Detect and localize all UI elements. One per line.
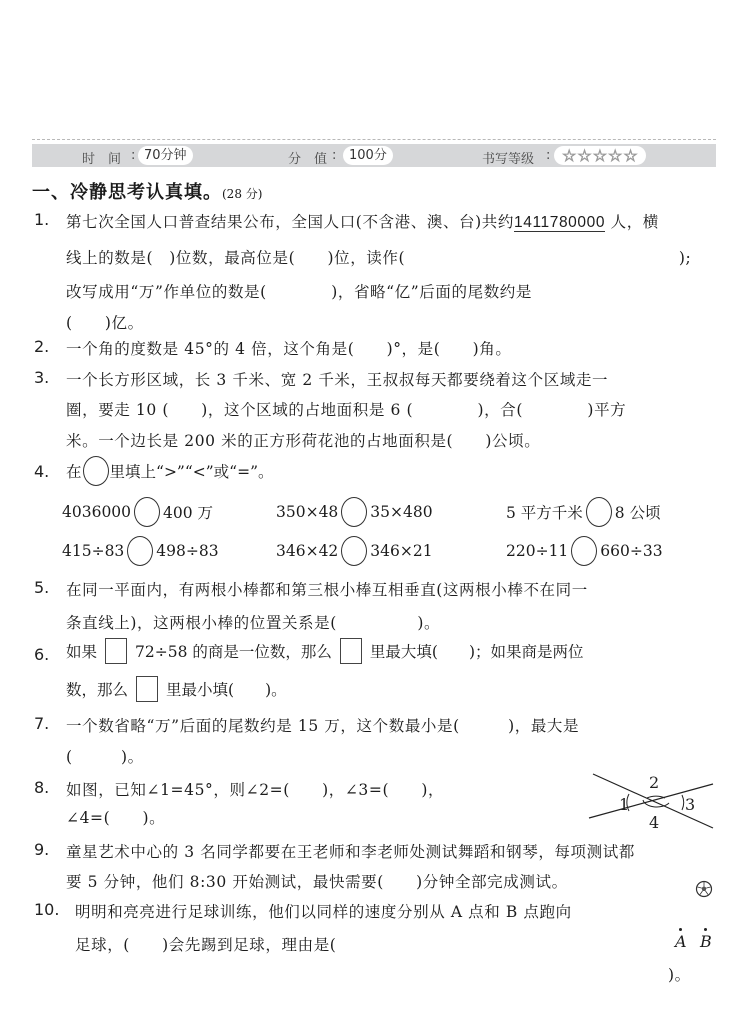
question-number: 10.: [34, 900, 59, 919]
q9-line-2: 要 5 分钟，他们 8:30 开始测试，最快需要( )分钟全部完成测试。: [66, 870, 568, 892]
point-a: A: [675, 932, 687, 951]
q4-text: 里填上“>”“<”或“=”。: [110, 460, 274, 482]
writing-colon: :: [546, 148, 550, 163]
point-b: B: [700, 932, 712, 951]
comparison-right: 660÷33: [600, 542, 662, 560]
q6-text: 如果: [66, 640, 97, 662]
question-number: 4.: [34, 462, 49, 481]
comparison-item: 220÷11660÷33: [506, 536, 663, 566]
question-number: 3.: [34, 368, 49, 387]
star-icon: ☆: [593, 146, 607, 165]
answer-circle[interactable]: [127, 536, 153, 566]
comparison-left: 350×48: [276, 503, 338, 521]
q6-text: 72÷58 的商是一位数，那么: [135, 640, 332, 662]
square-blank[interactable]: [105, 638, 127, 664]
comparison-left: 346×42: [276, 542, 338, 560]
q1-text: 第七次全国人口普查结果公布，全国人口(不含港、澳、台)共约: [66, 213, 514, 231]
q8-line-2: ∠4=( )。: [66, 806, 165, 828]
q1-line-2: 线上的数是( )位数，最高位是( )位，读作( );: [66, 246, 691, 268]
q2-line-1: 一个角的度数是 45°的 4 倍，这个角是( )°，是( )角。: [66, 337, 511, 359]
q3-line-3: 米。一个边长是 200 米的正方形荷花池的占地面积是( )公顷。: [66, 429, 540, 451]
comparison-left: 4036000: [62, 503, 131, 521]
q6-text: 里最大填( )；如果商是两位: [370, 640, 584, 662]
point-a-label: A: [675, 932, 687, 951]
score-value: 100分: [343, 146, 393, 165]
comparison-item: 415÷83498÷83: [62, 536, 219, 566]
comparison-right: 35×480: [370, 503, 432, 521]
q7-line-2: ( )。: [66, 745, 144, 767]
point-b-label: B: [700, 932, 712, 951]
angle-label: 4: [649, 813, 659, 832]
q1-line-4: ( )亿。: [66, 311, 144, 333]
answer-circle[interactable]: [586, 497, 612, 527]
question-number: 2.: [34, 337, 49, 356]
time-colon: :: [131, 148, 135, 163]
question-number: 9.: [34, 840, 49, 859]
comparison-left: 5 平方千米: [506, 501, 583, 523]
star-icon: ☆: [562, 146, 576, 165]
time-value: 70分钟: [138, 146, 193, 165]
q7-line-1: 一个数省略“万”后面的尾数约是 15 万，这个数最小是( )，最大是: [66, 714, 579, 736]
comparison-right: 400 万: [163, 501, 213, 523]
angle-label: 2: [649, 773, 659, 792]
writing-grade-stars: ☆ ☆ ☆ ☆ ☆: [554, 146, 646, 165]
comparison-left: 220÷11: [506, 542, 568, 560]
comparison-right: 8 公顷: [615, 501, 661, 523]
q4-text: 在: [66, 460, 82, 482]
comparison-right: 498÷83: [156, 542, 218, 560]
answer-circle[interactable]: [571, 536, 597, 566]
q4-instruction: 在里填上“>”“<”或“=”。: [66, 456, 274, 486]
q3-line-2: 圈，要走 10 ( )，这个区域的占地面积是 6 ( )，合( )平方: [66, 398, 626, 420]
q1-line-1: 第七次全国人口普查结果公布，全国人口(不含港、澳、台)共约1411780000 …: [66, 210, 659, 232]
intersecting-lines-figure: 2 1 3 4: [585, 770, 720, 832]
q3-line-1: 一个长方形区域，长 3 千米、宽 2 千米，王叔叔每天都要绕着这个区域走一: [66, 368, 608, 390]
comparison-right: 346×21: [370, 542, 432, 560]
question-number: 6.: [34, 645, 49, 664]
answer-circle[interactable]: [341, 536, 367, 566]
q1-text: 人，横: [605, 213, 659, 231]
square-blank[interactable]: [136, 676, 158, 702]
q6-line-2: 数，那么里最小填( )。: [66, 676, 287, 702]
question-number: 8.: [34, 778, 49, 797]
score-label: 分 值: [288, 148, 327, 167]
q10-line-1: 明明和亮亮进行足球训练，他们以同样的速度分别从 A 点和 B 点跑向: [75, 900, 572, 922]
q9-line-1: 童星艺术中心的 3 名同学都要在王老师和李老师处测试舞蹈和钢琴，每项测试都: [66, 840, 635, 862]
question-number: 7.: [34, 714, 49, 733]
time-label: 时 间: [82, 148, 121, 167]
comparison-item: 4036000400 万: [62, 497, 213, 527]
comparison-item: 346×42346×21: [276, 536, 433, 566]
section-score: (28 分): [222, 187, 262, 201]
question-number: 5.: [34, 578, 49, 597]
score-colon: :: [332, 148, 336, 163]
writing-grade-label: 书写等级: [482, 148, 534, 167]
q8-line-1: 如图，已知∠1=45°，则∠2=( )，∠3=( )，: [66, 778, 444, 800]
angle-label: 1: [619, 795, 629, 814]
star-icon: ☆: [577, 146, 591, 165]
circle-blank: [83, 456, 109, 486]
star-icon: ☆: [623, 146, 637, 165]
comparison-item: 5 平方千米8 公顷: [506, 497, 661, 527]
q6-line-1: 如果72÷58 的商是一位数，那么里最大填( )；如果商是两位: [66, 638, 584, 664]
top-dotted-rule: [32, 139, 716, 140]
angle-label: 3: [685, 795, 695, 814]
point-dot-icon: [704, 928, 707, 931]
answer-circle[interactable]: [134, 497, 160, 527]
q5-line-1: 在同一平面内，有两根小棒都和第三根小棒互相垂直(这两根小棒不在同一: [66, 578, 588, 600]
q10-line-2: 足球，( )会先踢到足球，理由是(: [75, 933, 336, 955]
q10-line-3: )。: [668, 963, 691, 985]
exam-info-bar: 时 间 : 70分钟 分 值 : 100分 书写等级 : ☆ ☆ ☆ ☆ ☆: [32, 144, 716, 167]
q6-text: 里最小填( )。: [166, 678, 287, 700]
square-blank[interactable]: [340, 638, 362, 664]
q5-line-2: 条直线上)，这两根小棒的位置关系是( )。: [66, 611, 440, 633]
comparison-item: 350×4835×480: [276, 497, 433, 527]
underlined-number: 1411780000: [514, 214, 605, 232]
point-dot-icon: [679, 928, 682, 931]
q1-line-3: 改写成用“万”作单位的数是( )，省略“亿”后面的尾数约是: [66, 280, 532, 302]
star-icon: ☆: [608, 146, 622, 165]
question-number: 1.: [34, 210, 49, 229]
section-title-text: 一、冷静思考认真填。: [32, 182, 222, 203]
section-title: 一、冷静思考认真填。(28 分): [32, 178, 262, 204]
comparison-left: 415÷83: [62, 542, 124, 560]
soccer-ball-icon: [695, 880, 713, 898]
answer-circle[interactable]: [341, 497, 367, 527]
q6-text: 数，那么: [66, 678, 128, 700]
